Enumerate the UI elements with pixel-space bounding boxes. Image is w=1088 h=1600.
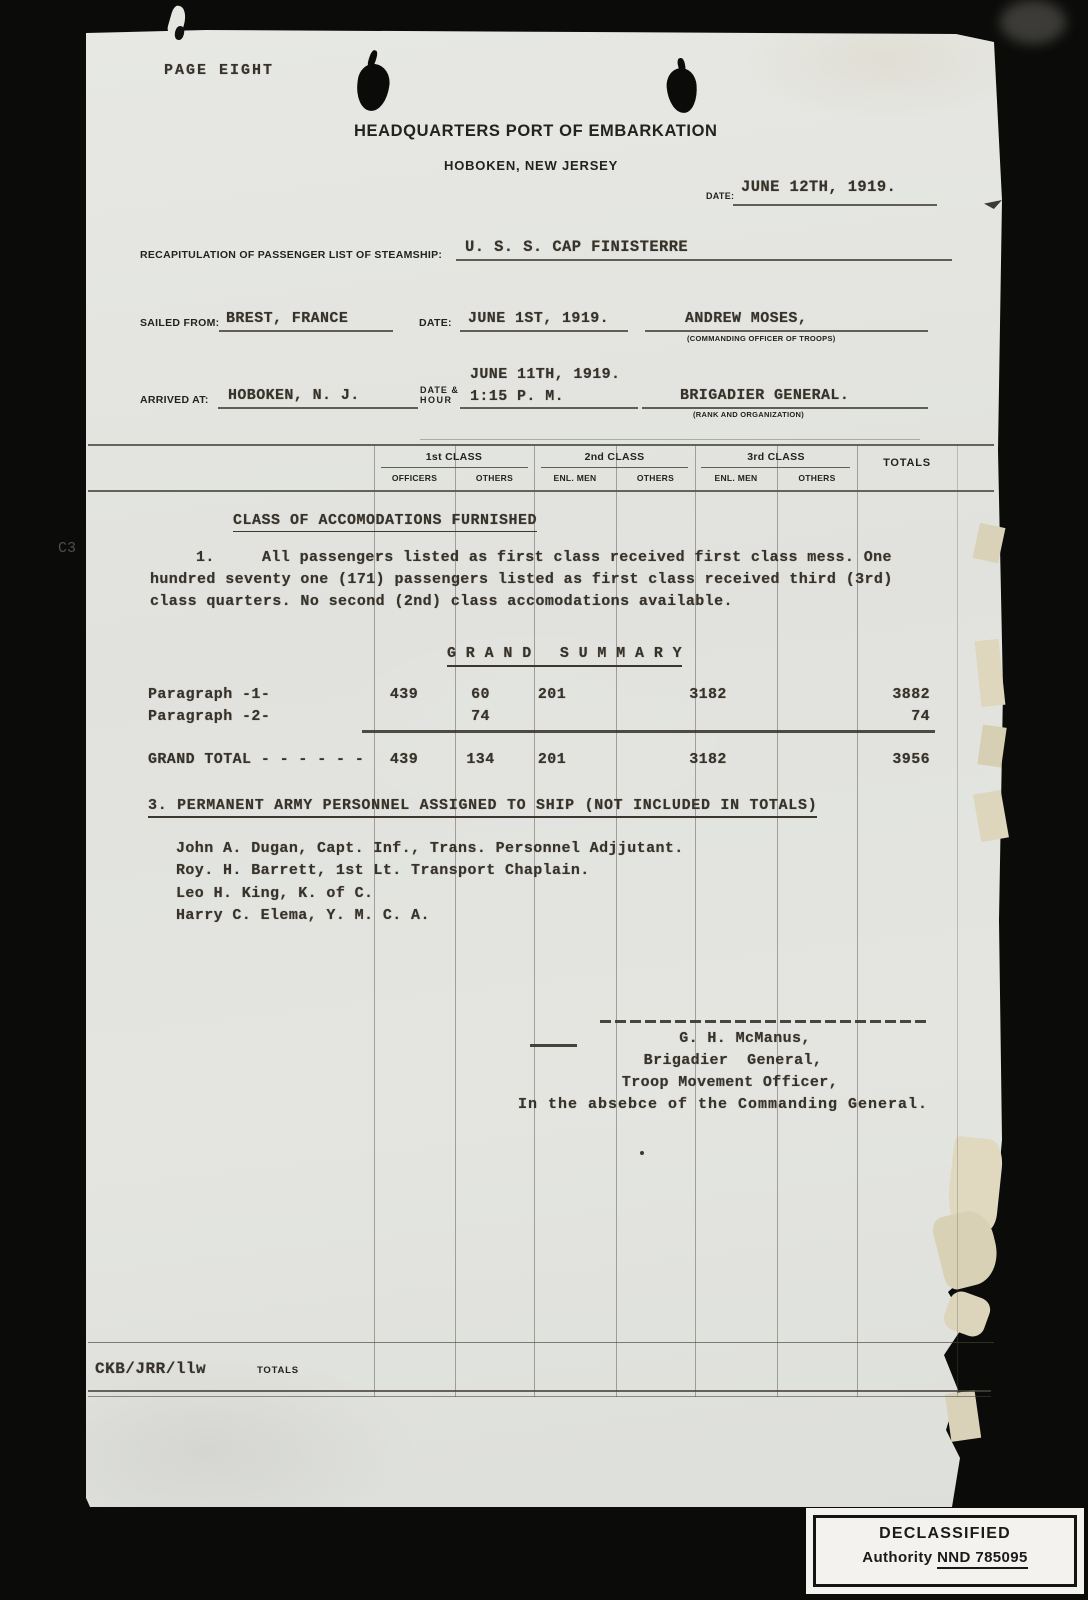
rank-caption: (RANK AND ORGANIZATION) — [693, 410, 804, 419]
arrived-at-value: HOBOKEN, N. J. — [228, 387, 360, 404]
table-top-rule-faint — [420, 439, 920, 440]
section1-title: CLASS OF ACCOMODATIONS FURNISHED — [233, 512, 537, 532]
torn-edge-flap — [977, 725, 1006, 768]
footer-top-rule — [88, 1342, 994, 1343]
class-underline-2 — [541, 467, 688, 468]
date-hour-label-1: DATE & — [420, 385, 459, 395]
arrived-time-underline — [460, 407, 638, 409]
signer-name: G. H. McManus, — [560, 1030, 930, 1047]
personnel-line: John A. Dugan, Capt. Inf., Trans. Person… — [176, 840, 684, 857]
personnel-line: Harry C. Elema, Y. M. C. A. — [176, 907, 430, 924]
subheader-others-2: OTHERS — [616, 473, 695, 483]
totals-header: TOTALS — [857, 457, 957, 469]
sailed-date-label: DATE: — [419, 317, 452, 329]
summary-row2-total: 74 — [820, 708, 930, 725]
summary-row1-total: 3882 — [820, 686, 930, 703]
steamship-underline — [456, 259, 952, 261]
signer-title: Troop Movement Officer, — [545, 1074, 915, 1091]
subheader-enlmen-3: ENL. MEN — [695, 473, 777, 483]
authority-label: Authority — [862, 1549, 932, 1566]
subheader-officers: OFFICERS — [374, 473, 455, 483]
section3-title: 3. PERMANENT ARMY PERSONNEL ASSIGNED TO … — [148, 797, 817, 818]
commanding-officer-name: ANDREW MOSES, — [685, 310, 807, 327]
paragraph1-line3: class quarters. No second (2nd) class ac… — [150, 593, 733, 610]
subheader-others-3: OTHERS — [777, 473, 857, 483]
officer-caption: (COMMANDING OFFICER OF TROOPS) — [687, 334, 836, 343]
scanned-document-page: C3 PAGE EIGHT HEADQUARTERS PORT OF EMBAR… — [0, 0, 1088, 1600]
ink-speck — [640, 1151, 644, 1155]
signer-rank: Brigadier General, — [548, 1052, 918, 1069]
declassified-stamp: DECLASSIFIED Authority NND 785095 — [806, 1508, 1084, 1594]
table-top-rule — [88, 444, 994, 446]
arrived-time-value: 1:15 P. M. — [470, 388, 564, 405]
class-header-1st: 1st CLASS — [374, 451, 534, 463]
paragraph1-line2: hundred seventy one (171) passengers lis… — [150, 571, 893, 588]
summary-row1-others1: 60 — [443, 686, 518, 703]
grand-total-label: GRAND TOTAL - - - - - - — [148, 751, 364, 768]
sailed-date-underline — [460, 330, 628, 332]
sailed-date-value: JUNE 1ST, 1919. — [468, 310, 609, 327]
signature-rule — [600, 1020, 930, 1023]
steamship-value: U. S. S. CAP FINISTERRE — [465, 238, 688, 256]
summary-row1-officers: 439 — [371, 686, 437, 703]
declassified-authority: Authority NND 785095 — [816, 1549, 1074, 1566]
date-hour-label-2: HOUR — [420, 395, 453, 405]
grand-total-others1: 134 — [443, 751, 518, 768]
torn-edge-flap — [945, 1390, 981, 1442]
headquarters-title: HEADQUARTERS PORT OF EMBARKATION — [354, 122, 718, 141]
margin-mark: C3 — [58, 540, 76, 557]
torn-corner-smudge — [1000, 0, 1066, 44]
personnel-line: Leo H. King, K. of C. — [176, 885, 373, 902]
summary-row1-enl2: 201 — [522, 686, 582, 703]
arrived-at-label: ARRIVED AT: — [140, 394, 209, 406]
column-rule — [957, 444, 958, 1397]
class-header-2nd: 2nd CLASS — [534, 451, 695, 463]
personnel-line: Roy. H. Barrett, 1st Lt. Transport Chapl… — [176, 862, 590, 879]
date-label: DATE: — [706, 191, 734, 201]
summary-row2-label: Paragraph -2- — [148, 708, 270, 725]
grand-total-officers: 439 — [371, 751, 437, 768]
recap-label: RECAPITULATION OF PASSENGER LIST OF STEA… — [140, 249, 442, 261]
paragraph1-number: 1. — [196, 549, 215, 566]
location-subtitle: HOBOKEN, NEW JERSEY — [444, 158, 618, 173]
rank-underline — [642, 407, 928, 409]
sailed-underline — [219, 330, 393, 332]
class-underline-3 — [701, 467, 850, 468]
signature-note: In the absebce of the Commanding General… — [518, 1096, 928, 1113]
paragraph1-line1: All passengers listed as first class rec… — [262, 549, 892, 566]
grand-total-total: 3956 — [820, 751, 930, 768]
summary-row1-label: Paragraph -1- — [148, 686, 270, 703]
arrived-date-value: JUNE 11TH, 1919. — [470, 366, 620, 383]
reference-initials: CKB/JRR/llw — [95, 1360, 206, 1378]
grand-summary-title: G R A N D S U M M A R Y — [447, 645, 682, 667]
grand-total-enl3: 3182 — [668, 751, 748, 768]
class-header-3rd: 3rd CLASS — [695, 451, 857, 463]
table-header-bottom-rule — [88, 490, 994, 492]
footer-totals-label: TOTALS — [257, 1365, 299, 1376]
authority-number: NND 785095 — [937, 1549, 1028, 1569]
date-underline — [733, 204, 937, 206]
declassified-title: DECLASSIFIED — [816, 1525, 1074, 1543]
summary-row2-others1: 74 — [443, 708, 518, 725]
declassified-stamp-border: DECLASSIFIED Authority NND 785095 — [813, 1515, 1077, 1587]
officer-underline — [645, 330, 928, 332]
subheader-enlmen-2: ENL. MEN — [534, 473, 616, 483]
sailed-from-value: BREST, FRANCE — [226, 310, 348, 327]
date-value: JUNE 12TH, 1919. — [741, 178, 896, 196]
officer-rank-value: BRIGADIER GENERAL. — [680, 387, 849, 404]
sailed-from-label: SAILED FROM: — [140, 317, 219, 329]
footer-bottom-rule-1 — [88, 1390, 991, 1392]
grand-total-enl2: 201 — [522, 751, 582, 768]
subheader-others-1: OTHERS — [455, 473, 534, 483]
footer-bottom-rule-2 — [88, 1396, 991, 1397]
arrived-underline — [218, 407, 418, 409]
page-number-label: PAGE EIGHT — [164, 62, 274, 79]
summary-total-rule — [362, 730, 935, 733]
summary-row1-enl3: 3182 — [668, 686, 748, 703]
